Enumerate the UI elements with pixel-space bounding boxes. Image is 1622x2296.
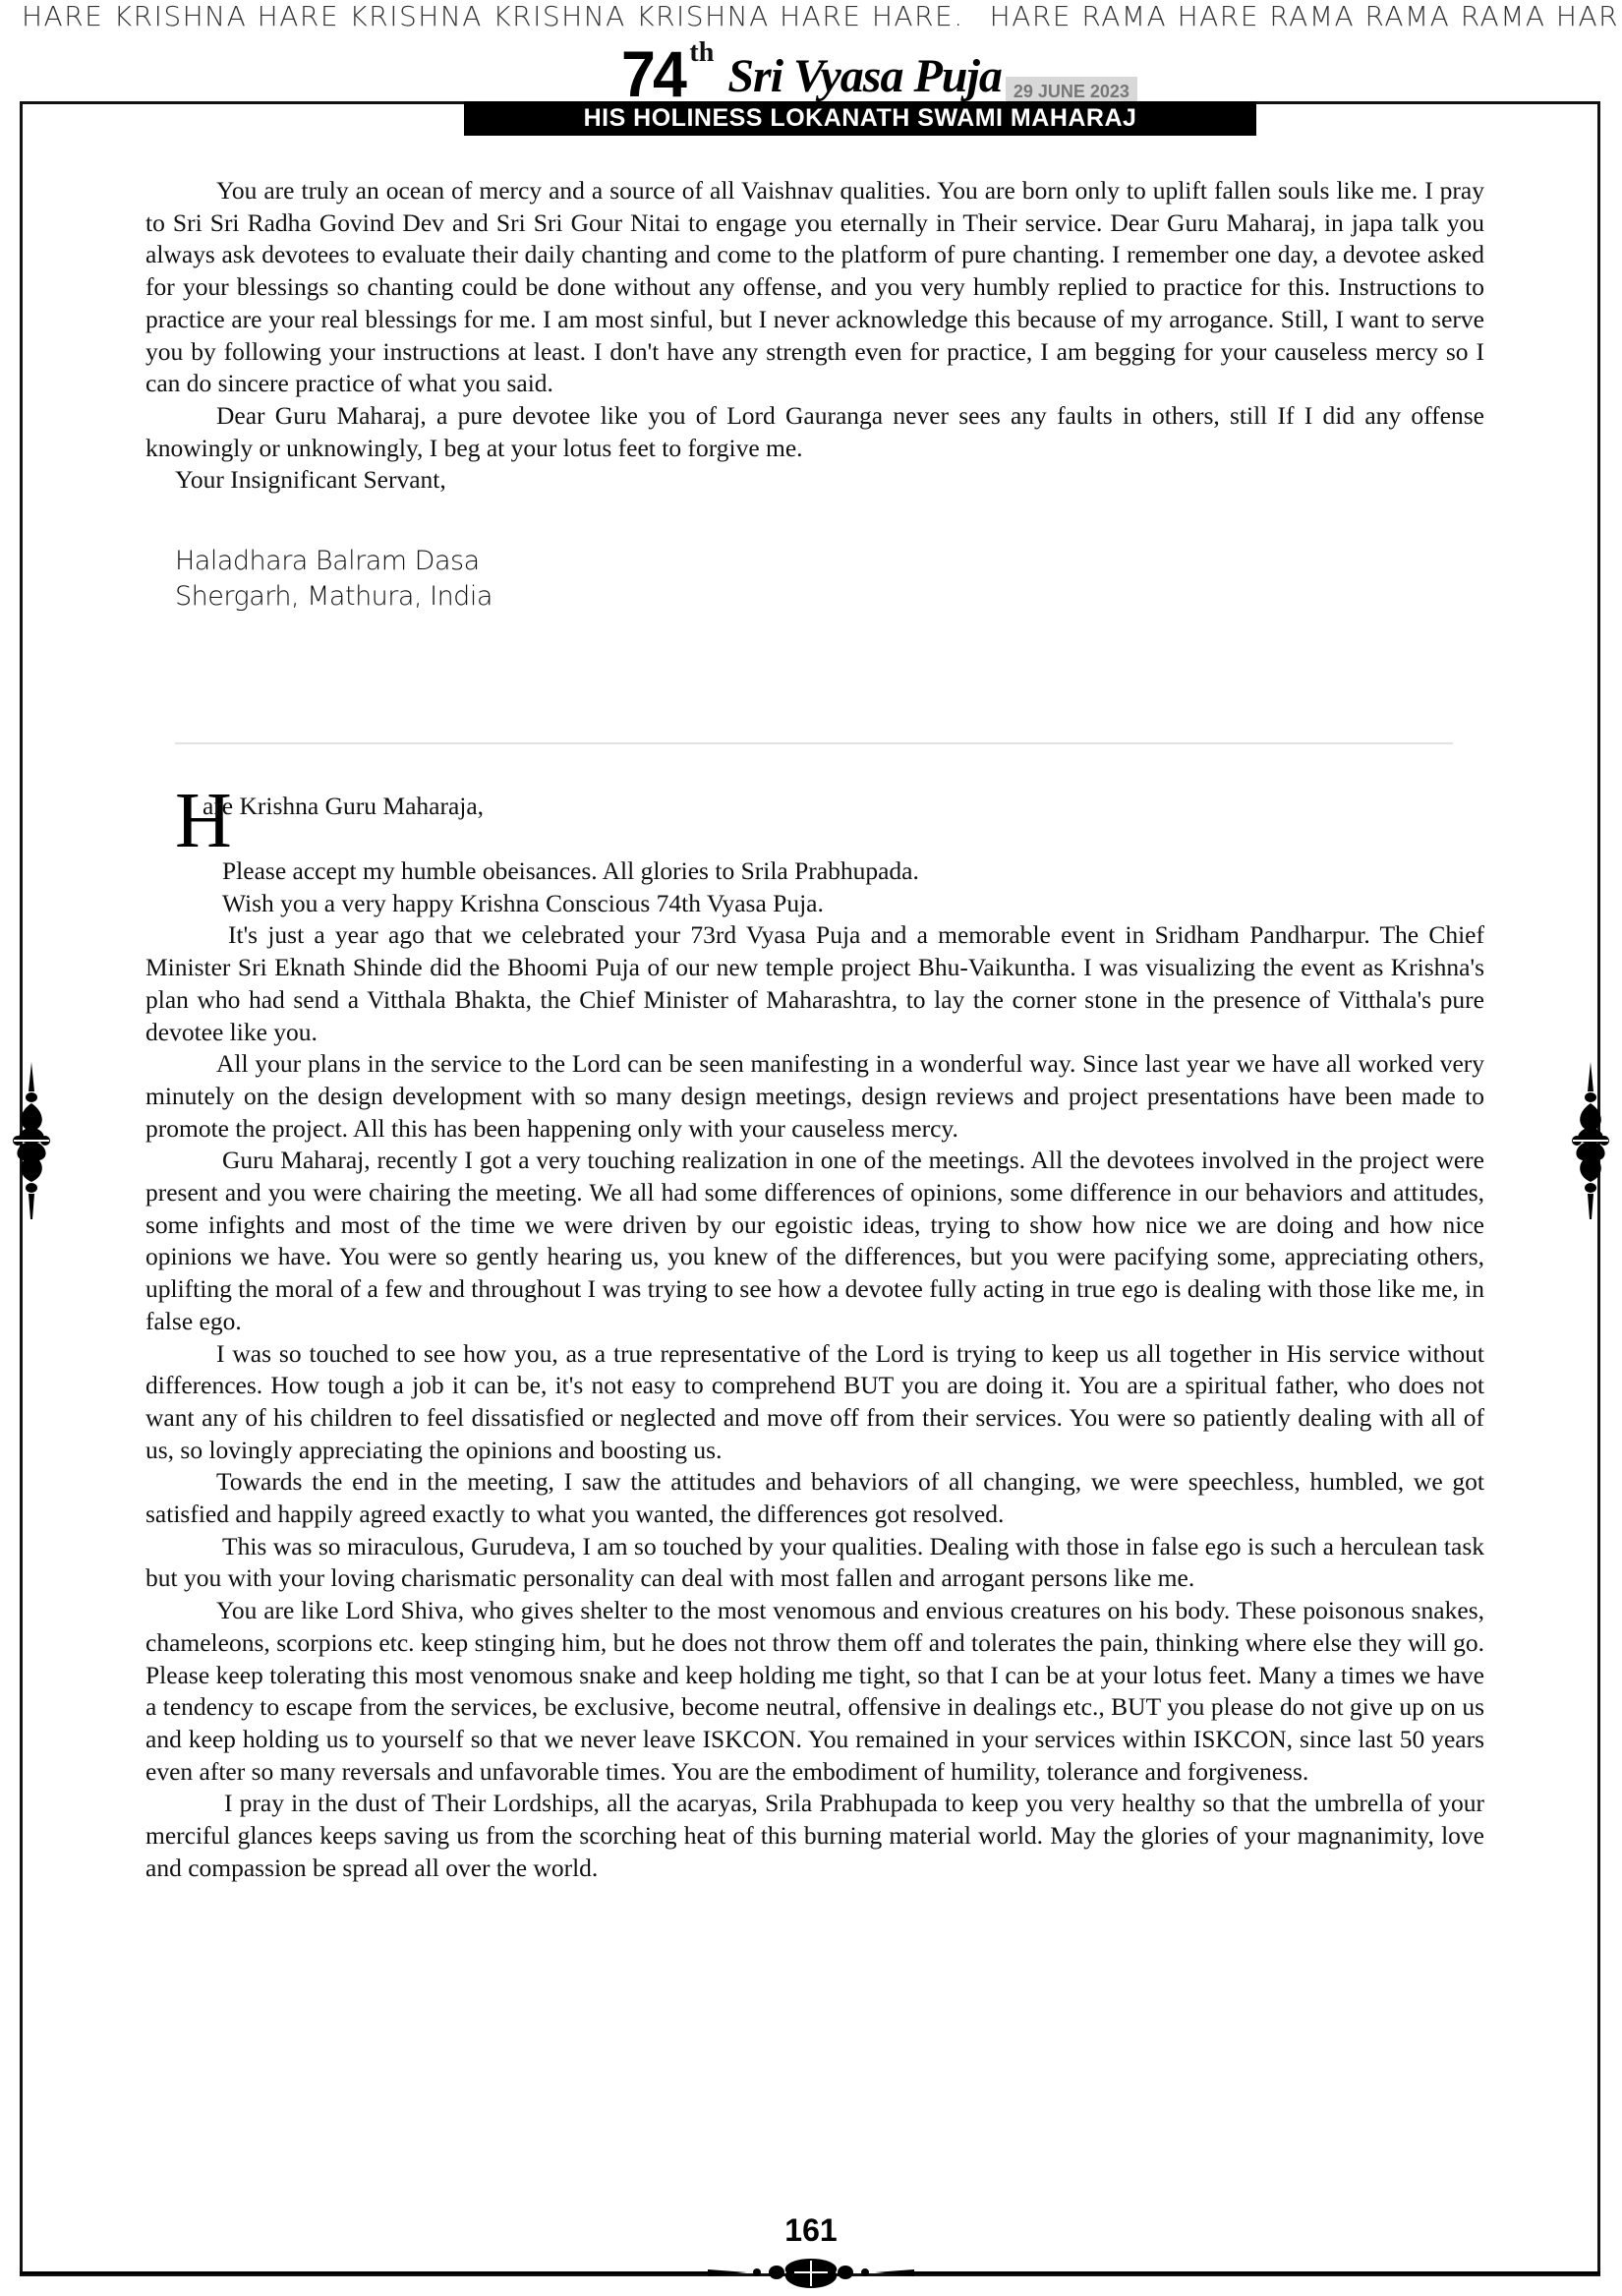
letter-1: You are truly an ocean of mercy and a so… bbox=[145, 175, 1484, 615]
letter-2-paragraph: All your plans in the service to the Lor… bbox=[145, 1048, 1484, 1145]
bottom-filigree-ornament-icon bbox=[0, 2257, 1622, 2290]
salutation-text: are Krishna Guru Maharaja, bbox=[203, 791, 484, 823]
letter-2-paragraph: This was so miraculous, Gurudeva, I am s… bbox=[145, 1531, 1484, 1595]
letter-2-paragraph: It's just a year ago that we celebrated … bbox=[145, 919, 1484, 1048]
title-banner: HIS HOLINESS LOKANATH SWAMI MAHARAJ bbox=[464, 101, 1256, 136]
page-title: 74 th Sri Vyasa Puja 29 JUNE 2023 bbox=[621, 39, 1137, 102]
signature-name: Haladhara Balram Dasa bbox=[145, 544, 1484, 579]
greeting-line: Wish you a very happy Krishna Conscious … bbox=[145, 888, 1484, 920]
mantra-left: HARE KRISHNA HARE KRISHNA KRISHNA KRISHN… bbox=[22, 0, 964, 33]
title-number: 74 bbox=[621, 45, 684, 102]
letter-1-paragraph: You are truly an ocean of mercy and a so… bbox=[145, 175, 1484, 400]
letter-2-paragraph: Guru Maharaj, recently I got a very touc… bbox=[145, 1145, 1484, 1337]
title-name: Sri Vyasa Puja bbox=[727, 51, 1002, 102]
left-filigree-ornament-icon bbox=[12, 1062, 51, 1219]
letter-2-paragraph: You are like Lord Shiva, who gives shelt… bbox=[145, 1595, 1484, 1788]
letter-2-paragraph: I was so touched to see how you, as a tr… bbox=[145, 1338, 1484, 1467]
signature-location: Shergarh, Mathura, India bbox=[145, 579, 1484, 615]
mantra-header: HARE KRISHNA HARE KRISHNA KRISHNA KRISHN… bbox=[0, 0, 1622, 33]
mantra-right: HARE RAMA HARE RAMA RAMA RAMA HARE HARE bbox=[990, 0, 1622, 33]
letter-1-closing: Your Insignificant Servant, bbox=[145, 464, 1484, 497]
letter-2: H are Krishna Guru Maharaja, Please acce… bbox=[145, 787, 1484, 1885]
section-divider bbox=[175, 742, 1453, 744]
page-number: 161 bbox=[0, 2212, 1622, 2249]
greeting-line: Please accept my humble obeisances. All … bbox=[145, 855, 1484, 888]
title-superscript: th bbox=[689, 37, 714, 69]
right-filigree-ornament-icon bbox=[1571, 1062, 1610, 1219]
salutation: H are Krishna Guru Maharaja, bbox=[145, 787, 1484, 855]
letter-2-paragraph: I pray in the dust of Their Lordships, a… bbox=[145, 1788, 1484, 1884]
letter-1-paragraph: Dear Guru Maharaj, a pure devotee like y… bbox=[145, 400, 1484, 464]
letter-2-paragraph: Towards the end in the meeting, I saw th… bbox=[145, 1466, 1484, 1530]
